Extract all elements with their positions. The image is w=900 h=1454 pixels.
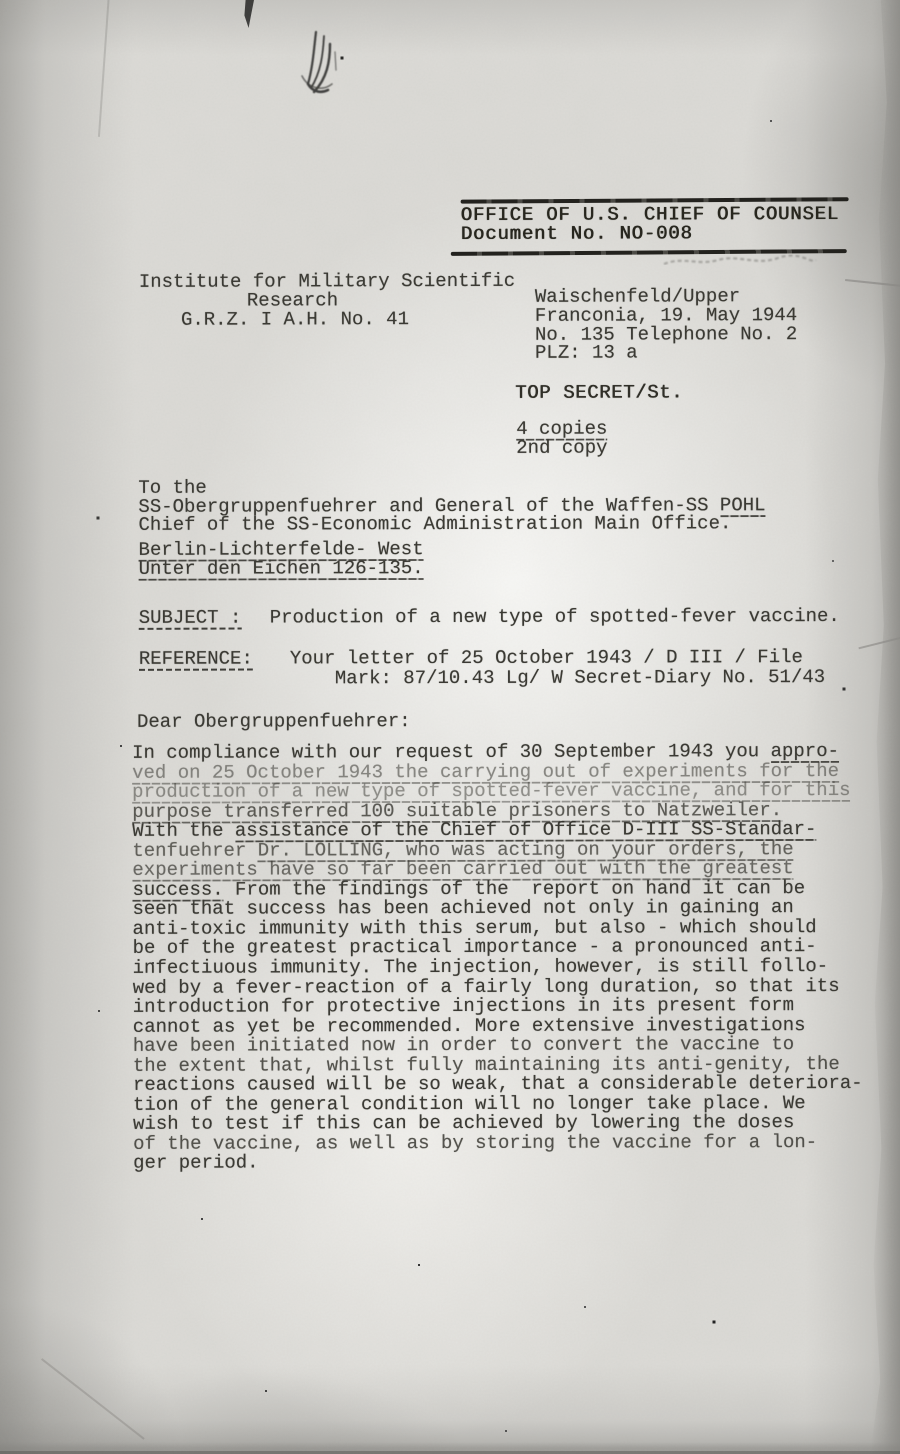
sender-line-3: G.R.Z. I A.H. No. 41	[139, 310, 515, 330]
stamp-rule-bottom	[451, 249, 847, 255]
text-line: PLZ: 13 a	[535, 343, 797, 362]
text-line: experiments have so far been carried out…	[132, 859, 880, 881]
sender-block: Institute for Military Scientific Resear…	[139, 272, 515, 330]
reference-lines: Your letter of 25 October 1943 / D III /…	[290, 647, 825, 688]
text-line: ger period.	[133, 1152, 881, 1174]
text-line: purpose transferred 100 suitable prisone…	[132, 801, 880, 823]
subject-row: SUBJECT : Production of a new type of sp…	[139, 607, 840, 628]
reference-line-2: Mark: 87/10.43 Lg/ W Secret-Diary No. 51…	[290, 667, 825, 688]
scanned-document-page: OFFICE OF U.S. CHIEF OF COUNSEL Document…	[0, 0, 900, 1454]
text-line: the extent that, whilst fully maintainin…	[133, 1055, 881, 1077]
subject-text: Production of a new type of spotted-feve…	[270, 607, 840, 628]
recipient-block: To theSS-Obergruppenfuehrer and General …	[138, 477, 765, 534]
text-line: 2nd copy	[516, 439, 607, 458]
counsel-stamp: OFFICE OF U.S. CHIEF OF COUNSEL Document…	[461, 198, 849, 254]
body-paragraph: In compliance with our request of 30 Sep…	[132, 742, 881, 1174]
subject-label: SUBJECT :	[139, 607, 242, 630]
text-line: Chief of the SS-Economic Administration …	[138, 514, 765, 534]
reference-line-1: Your letter of 25 October 1943 / D III /…	[290, 647, 825, 668]
place-date-block: Waischenfeld/UpperFranconia, 19. May 194…	[535, 287, 797, 363]
classification-label: TOP SECRET/St.	[515, 383, 683, 403]
address-block: Berlin-Lichterfelde- WestUnter den Eiche…	[139, 540, 424, 578]
text-line: Unter den Eichen 126-135.	[139, 559, 424, 578]
salutation: Dear Obergruppenfuehrer:	[137, 712, 411, 732]
text-line: of the vaccine, as well as by storing th…	[133, 1133, 881, 1155]
copies-block: 4 copies2nd copy	[516, 420, 607, 458]
stamp-document-number: Document No. NO-008	[461, 224, 849, 245]
reference-label: REFERENCE:	[139, 648, 253, 671]
letter-content: OFFICE OF U.S. CHIEF OF COUNSEL Document…	[0, 0, 900, 1454]
reference-row: REFERENCE: Your letter of 25 October 194…	[139, 647, 825, 689]
